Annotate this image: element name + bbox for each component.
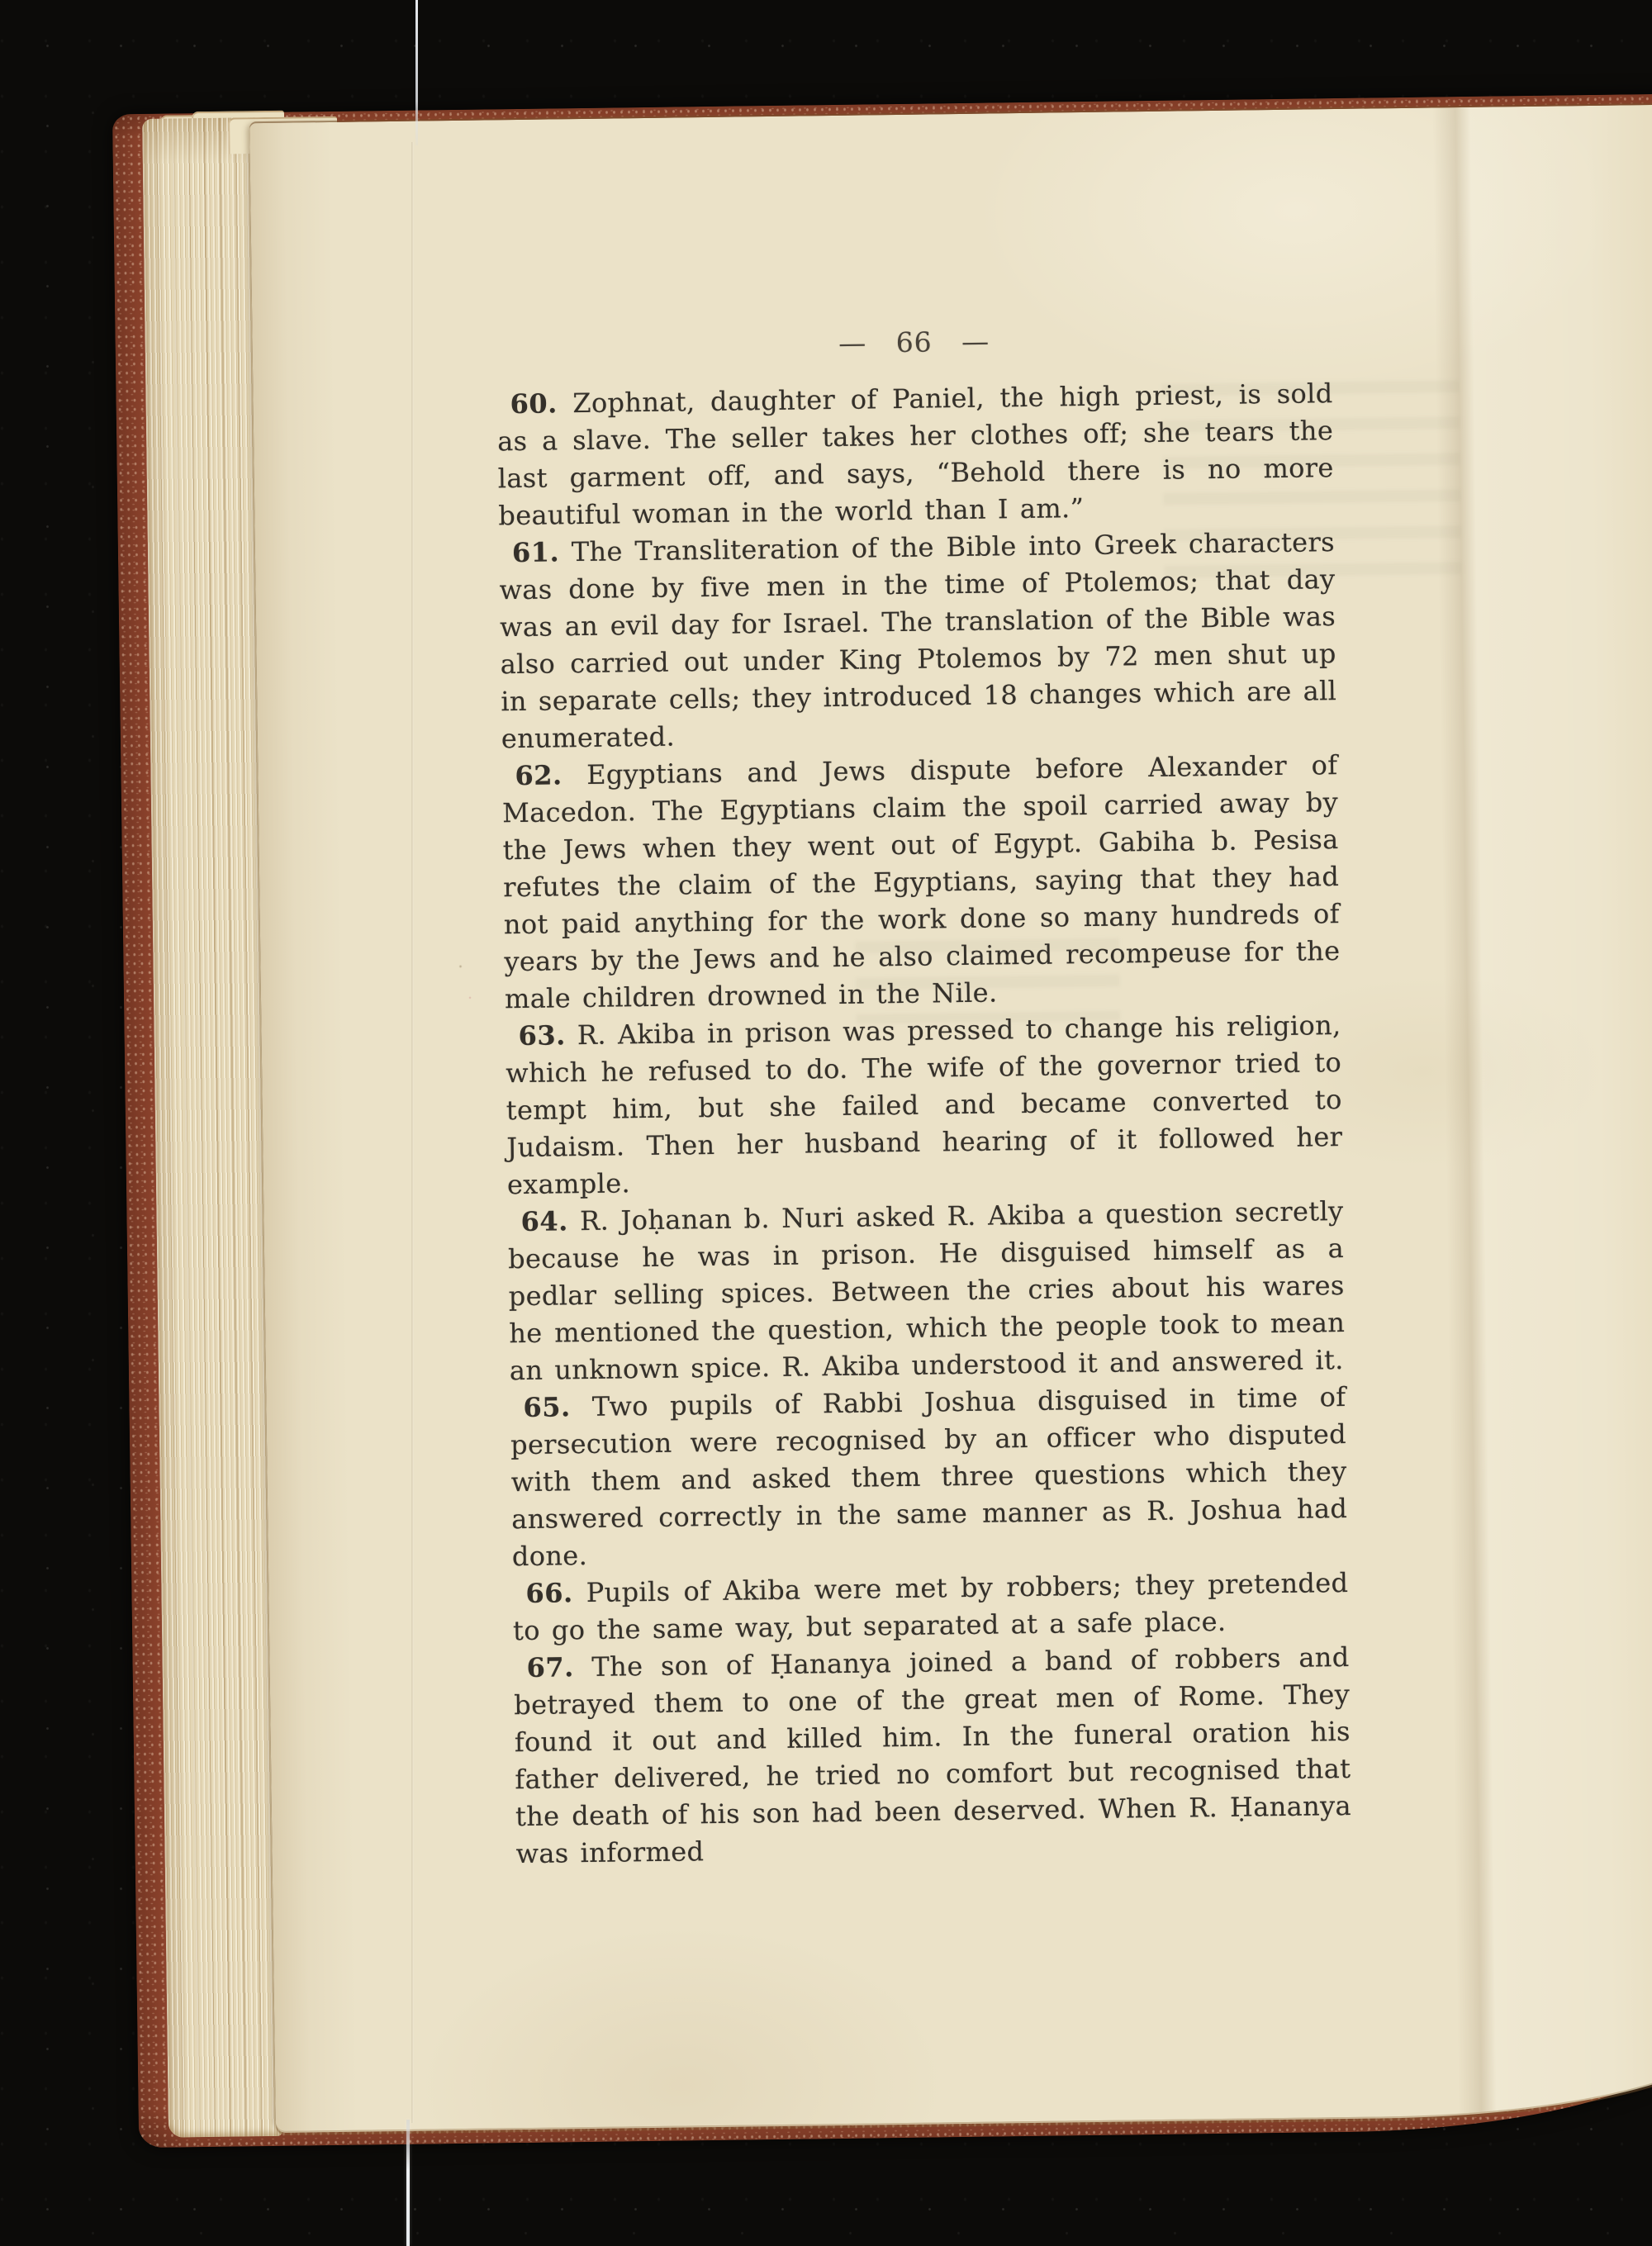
page-text-block: — 66 — 60. Zophnat, daughter of Paniel, … xyxy=(496,319,1351,1873)
paragraph-number: 62. xyxy=(515,759,563,791)
paragraph-number: 67. xyxy=(526,1651,574,1683)
paragraph-60: 60. Zophnat, daughter of Paniel, the hig… xyxy=(496,375,1334,534)
paragraph-number: 60. xyxy=(510,387,558,420)
paragraph-number: 64. xyxy=(520,1205,568,1237)
paragraph-number: 61. xyxy=(512,536,560,568)
book: — 66 — 60. Zophnat, daughter of Paniel, … xyxy=(112,94,1652,2148)
page-number-dash-left: — xyxy=(838,326,867,359)
paragraph-text: R. Akiba in prison was pressed to change… xyxy=(506,1009,1343,1200)
book-press-thread-top xyxy=(415,0,418,145)
paragraph-number: 65. xyxy=(523,1391,571,1423)
paragraph-text: R. Joḥanan b. Nuri asked R. Akiba a ques… xyxy=(508,1195,1346,1386)
book-page: — 66 — 60. Zophnat, daughter of Paniel, … xyxy=(249,104,1652,2131)
paragraph-text: Egyptians and Jews dispute before Alexan… xyxy=(502,749,1341,1014)
paragraph-text: Zophnat, daughter of Paniel, the high pr… xyxy=(497,377,1334,531)
page-number: — 66 — xyxy=(496,319,1332,366)
paragraph-62: 62. Egyptians and Jews dispute before Al… xyxy=(501,747,1341,1018)
paragraph-text: Two pupils of Rabbi Joshua disguised in … xyxy=(510,1381,1348,1572)
book-press-thread-bottom xyxy=(406,2120,410,2246)
paragraph-text: The son of Ḥananya joined a band of robb… xyxy=(514,1641,1351,1869)
paragraph-64: 64. R. Joḥanan b. Nuri asked R. Akiba a … xyxy=(507,1193,1346,1389)
page-number-value: 66 xyxy=(895,325,933,359)
paragraph-63: 63. R. Akiba in prison was pressed to ch… xyxy=(505,1007,1343,1204)
paragraph-66: 66. Pupils of Akiba were met by robbers;… xyxy=(512,1565,1349,1650)
paragraph-67: 67. The son of Ḥananya joined a band of … xyxy=(513,1639,1351,1873)
paragraph-text: The Transliteration of the Bible into Gr… xyxy=(499,526,1336,754)
page-number-dash-right: — xyxy=(961,325,990,358)
paragraph-text: Pupils of Akiba were met by robbers; the… xyxy=(513,1567,1349,1646)
book-press-thread-middle xyxy=(411,142,414,2123)
book-photo: — 66 — 60. Zophnat, daughter of Paniel, … xyxy=(0,0,1652,2246)
paragraph-61: 61. The Transliteration of the Bible int… xyxy=(499,524,1337,757)
paragraph-number: 66. xyxy=(525,1577,573,1609)
paragraph-65: 65. Two pupils of Rabbi Joshua disguised… xyxy=(510,1379,1348,1575)
paragraph-number: 63. xyxy=(518,1019,566,1052)
